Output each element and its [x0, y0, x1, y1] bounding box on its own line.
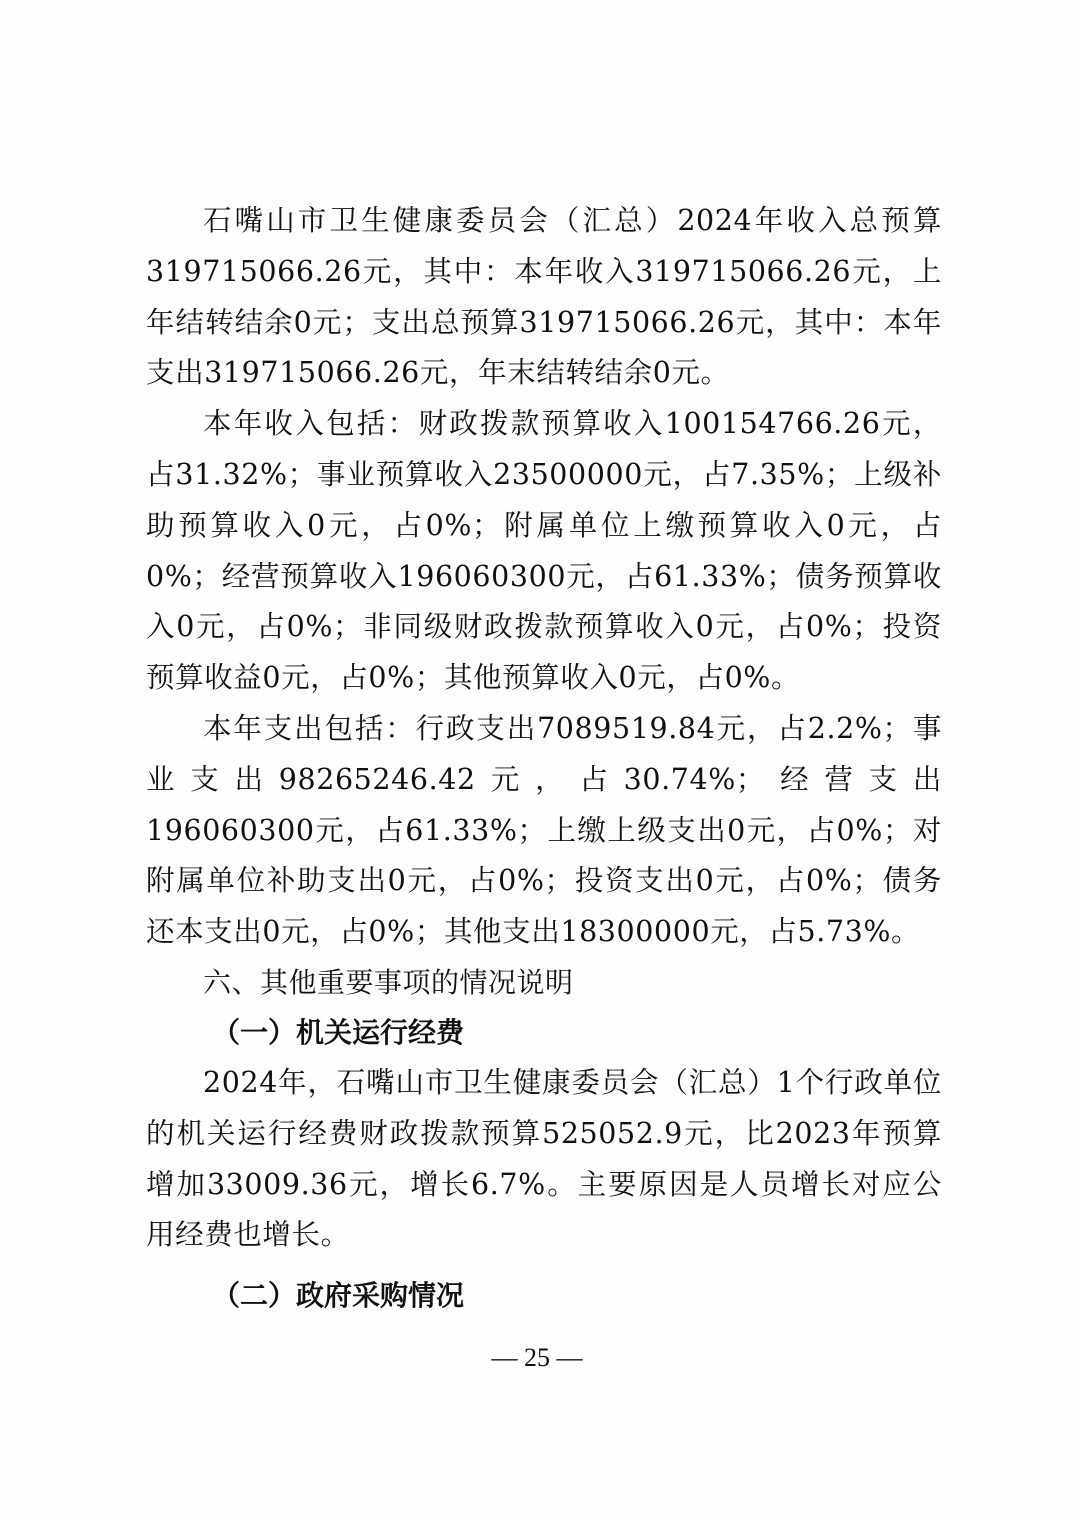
- paragraph-operating-costs: 2024年，石嘴山市卫生健康委员会（汇总）1个行政单位的机关运行经费财政拨款预算…: [146, 1058, 942, 1261]
- section-heading: 六、其他重要事项的情况说明: [146, 958, 942, 1008]
- subsection-heading-operating-costs: （一）机关运行经费: [146, 1008, 942, 1058]
- paragraph-income-breakdown: 本年收入包括：财政拨款预算收入100154766.26元，占31.32%；事业预…: [146, 399, 942, 704]
- subsection-heading-procurement: （二）政府采购情况: [146, 1271, 942, 1321]
- page-number: — 25 —: [0, 1343, 1074, 1373]
- paragraph-expense-breakdown: 本年支出包括：行政支出7089519.84元，占2.2%；事业支出9826524…: [146, 704, 942, 958]
- body-text: 石嘴山市卫生健康委员会（汇总）2024年收入总预算319715066.26元，其…: [146, 196, 942, 1321]
- document-page: 石嘴山市卫生健康委员会（汇总）2024年收入总预算319715066.26元，其…: [0, 0, 1074, 1520]
- paragraph-budget-total: 石嘴山市卫生健康委员会（汇总）2024年收入总预算319715066.26元，其…: [146, 196, 942, 399]
